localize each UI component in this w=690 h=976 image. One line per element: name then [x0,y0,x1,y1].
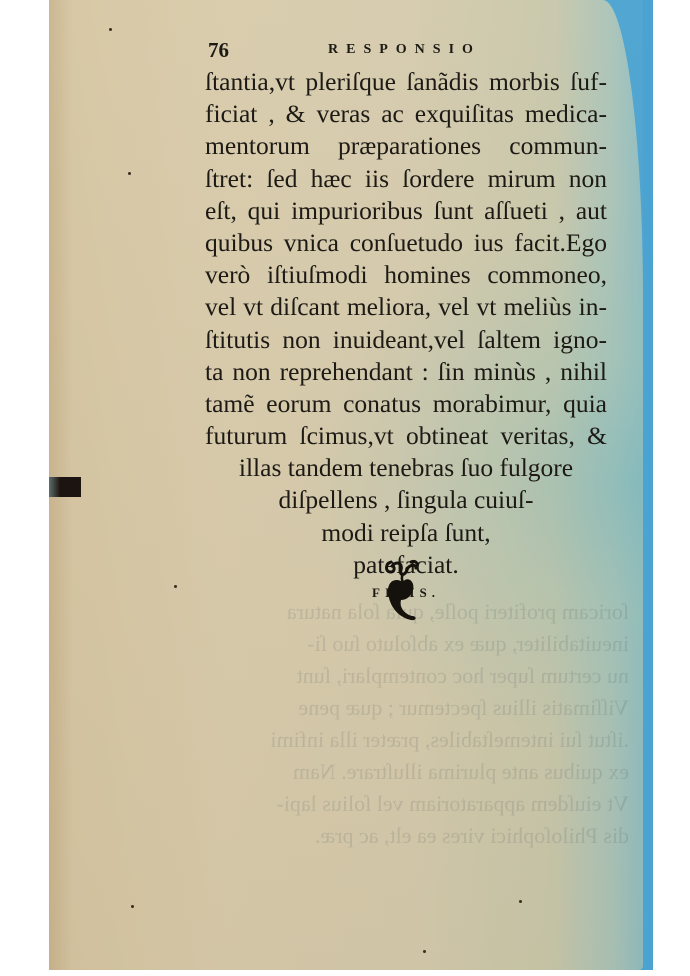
page-text-block: 76 RESPONSIO ſtantia,vt pleriſque ſanãdi… [200,36,622,601]
text-line: ſtitutis non inuideant,vel ſaltem igno- [200,324,607,356]
bleed-through-line: ineuitabiliter, quæ ex abſoluto ſuo ſi- [199,628,629,660]
bleed-through-line: ex quibus ante plurima illuſtrare. Nam [199,756,629,788]
page-number: 76 [208,38,229,63]
text-line: ta non reprehendant : ſin minùs , nihil [200,356,607,388]
hedera-leaf-ornament-icon [383,554,423,626]
paper-speck [519,900,522,903]
bleed-through-line: Vt eiuſdem apparatoriam vel ſolius lapi- [199,788,629,820]
bleed-through-line: nu certum ſuper hoc contemplari, ſunt [199,660,629,692]
text-line-centered: modi reipſa ſunt, [200,517,607,549]
bleed-through-line: Viſſimatis illius ſpectemur ; quæ pene [199,692,629,724]
paper-speck [174,585,177,588]
text-line-centered: illas tandem tenebras ſuo fulgore [200,452,607,484]
text-line: vel vt diſcant meliora, vel vt meliùs in… [200,291,607,323]
text-line: tamẽ eorum conatus morabimur, quia [200,388,607,420]
bleed-through-line: dis Philoſophici vires ea elt, ac præ. [199,820,629,852]
text-line: ſtantia,vt pleriſque ſanãdis morbis ſuf- [200,66,607,98]
bleed-through-line: .iſtut ſui intemeſtabiles, præter illa i… [199,724,629,756]
paper-speck [128,172,131,175]
page-edge-tab-mark [49,477,81,497]
paper-speck [131,905,134,908]
text-line: quibus vnica conſuetudo ius facit.Ego [200,227,607,259]
text-line: verò iſtiuſmodi homines commoneo, [200,259,607,291]
paper-speck [109,28,112,31]
text-line: eſt, qui impurioribus ſunt aſſueti , aut [200,195,607,227]
text-line: futurum ſcimus,vt obtineat veritas, & [200,420,607,452]
running-head: 76 RESPONSIO [200,36,622,66]
running-head-title: RESPONSIO [328,42,481,58]
text-line: mentorum præparationes commun- [200,130,607,162]
text-line: ſtret: ſed hæc iis ſordere mirum non [200,163,607,195]
paper-speck [423,950,426,953]
text-line-centered: diſpellens , ſingula cuiuſ- [200,484,607,516]
text-line: ficiat , & veras ac exquiſitas medica- [200,98,607,130]
